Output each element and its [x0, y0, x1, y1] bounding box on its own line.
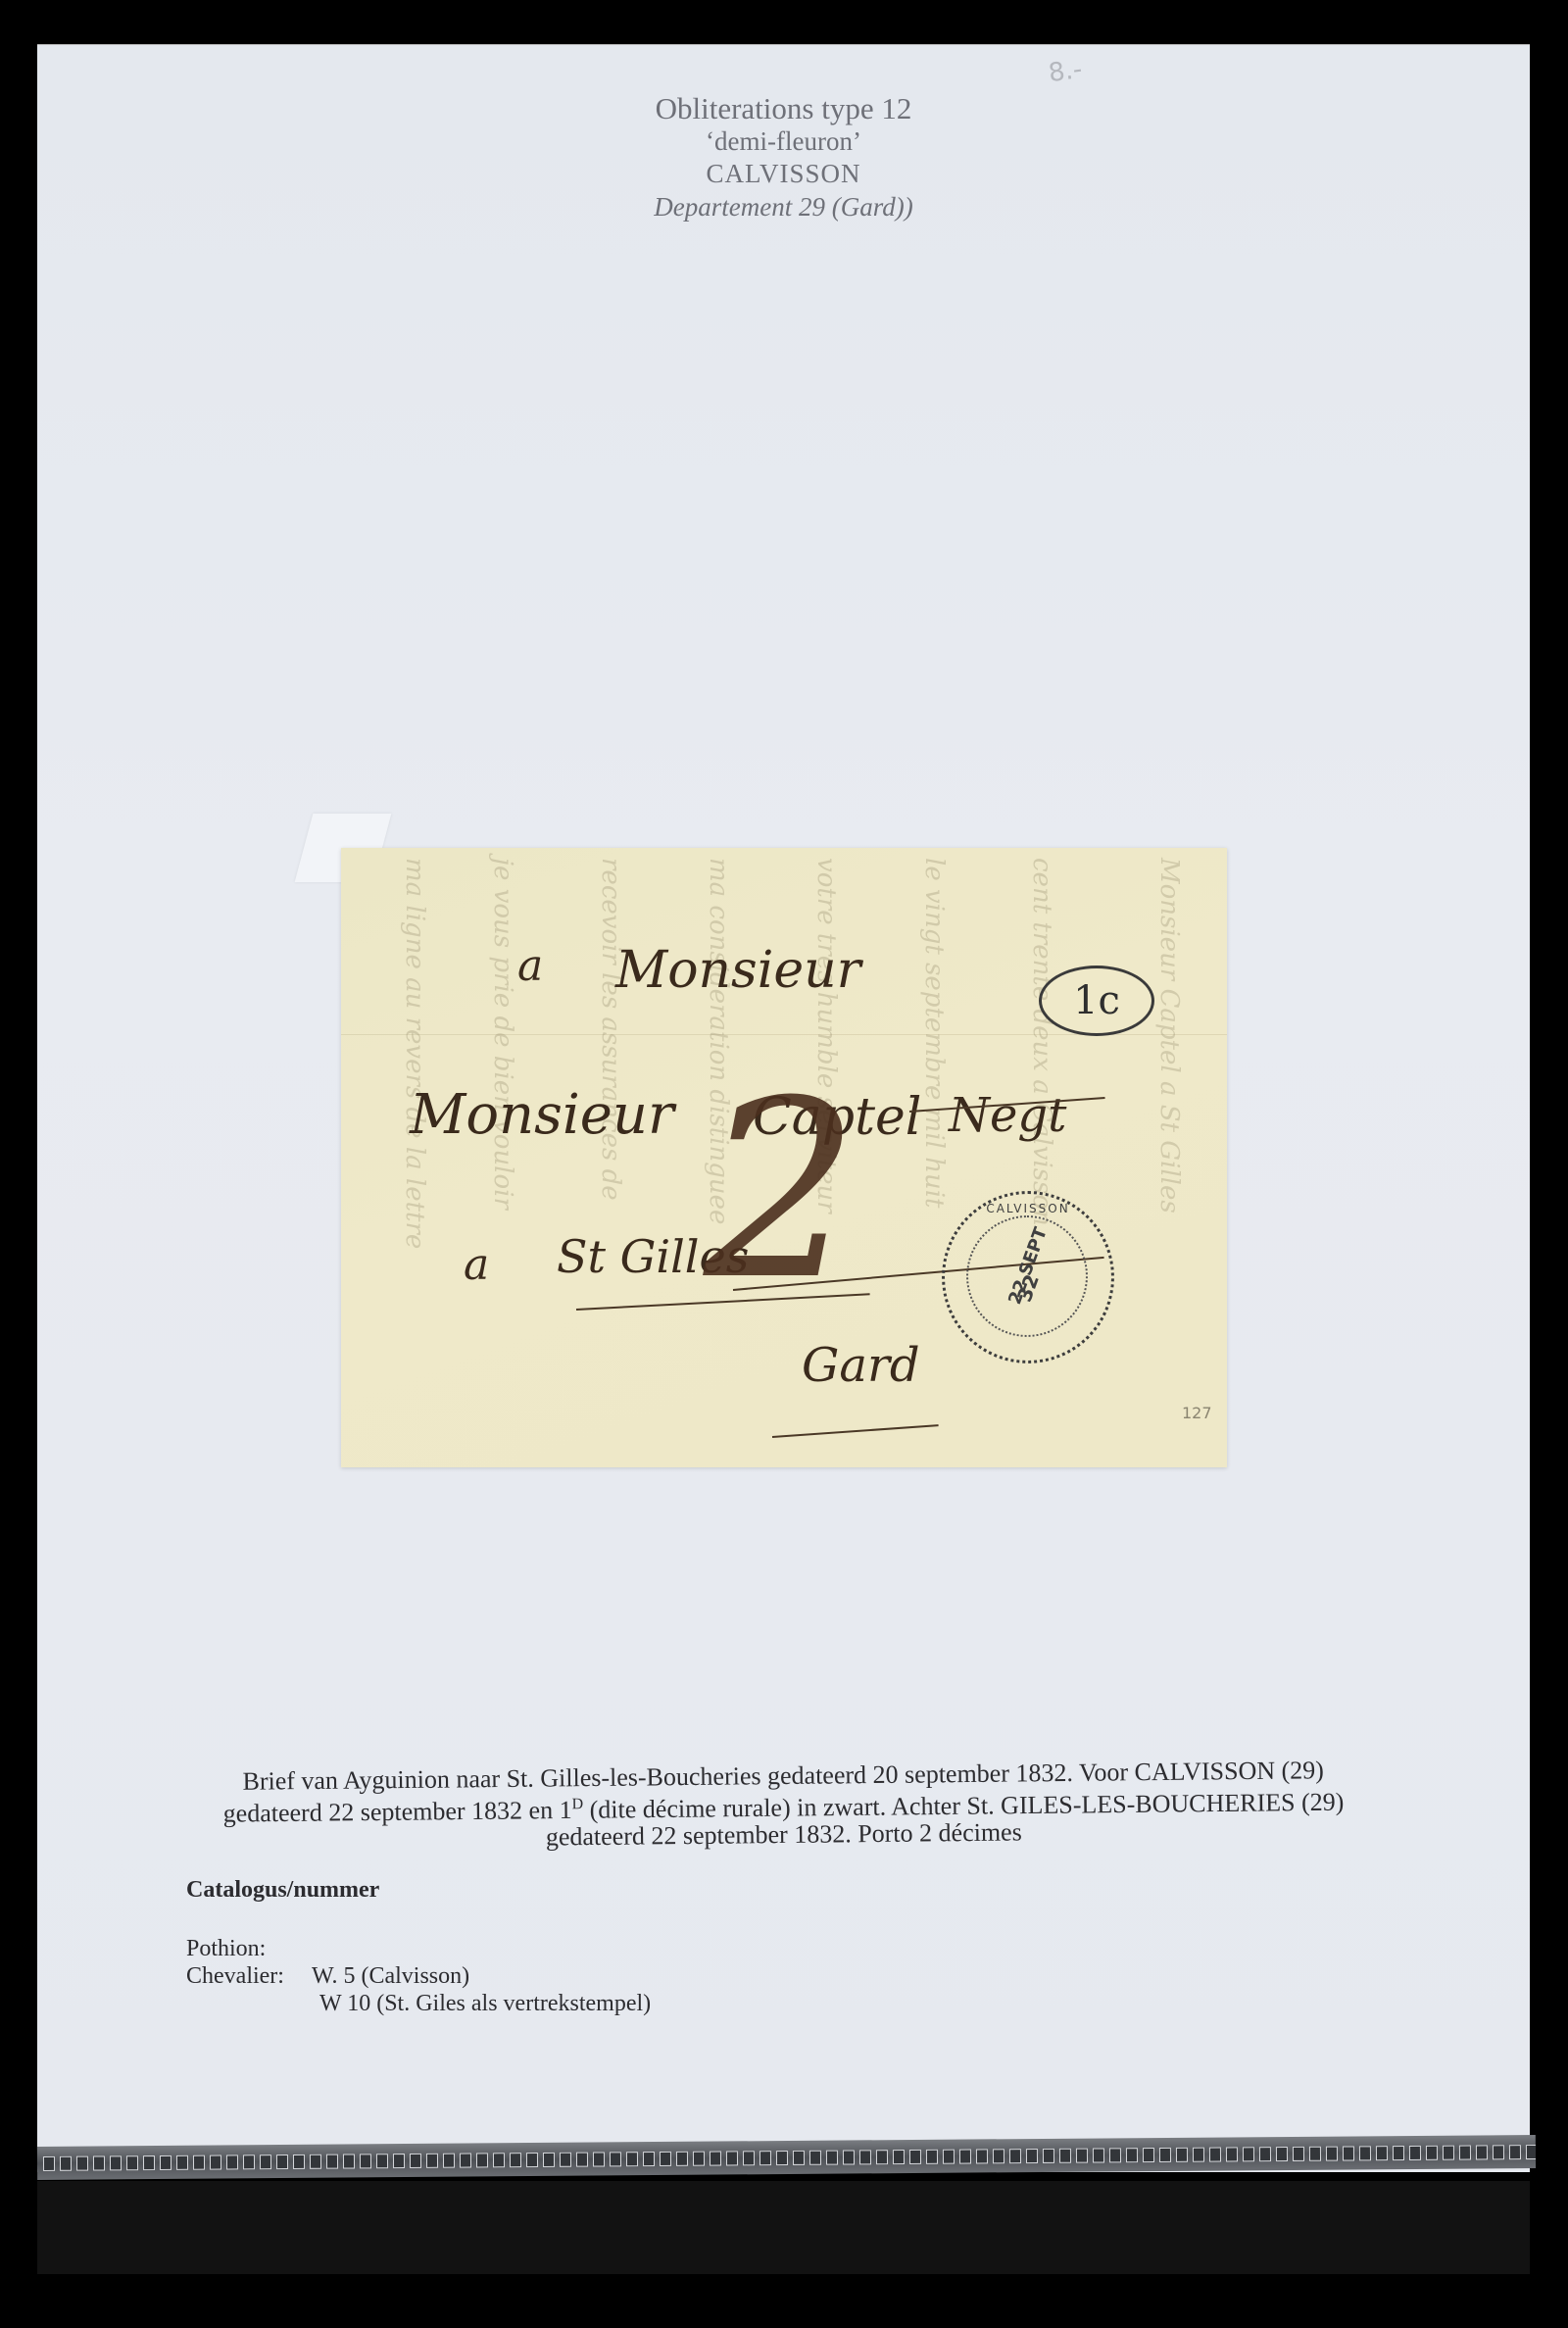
decime-value: 1c [1073, 978, 1120, 1023]
sleeve-perforation [1143, 2148, 1154, 2162]
sleeve-perforation [993, 2149, 1004, 2163]
sleeve-perforation [143, 2155, 155, 2170]
heading-title: Obliterations type 12 [37, 92, 1530, 125]
sleeve-perforation [310, 2154, 321, 2168]
show-through-text: Monsieur Captel a St Gilles [1154, 858, 1184, 1214]
chevalier-value-2: W 10 (St. Giles als vertrekstempel) [186, 1990, 651, 2017]
sleeve-perforation [110, 2155, 122, 2170]
address-monsieur-2: Monsieur [410, 1083, 674, 1147]
sleeve-perforation [1159, 2147, 1171, 2161]
ink-stroke [772, 1424, 939, 1438]
sleeve-perforation [593, 2152, 605, 2166]
sleeve-perforation [410, 2153, 421, 2167]
show-through-text: le vingt septembre mil huit [919, 858, 949, 1208]
desk-background [37, 2181, 1530, 2274]
sleeve-perforation [826, 2150, 838, 2164]
sleeve-perforation [626, 2152, 638, 2166]
sleeve-perforation [1026, 2148, 1038, 2162]
sleeve-perforation [859, 2150, 871, 2164]
sleeve-perforation [1043, 2148, 1054, 2162]
sleeve-perforation [1243, 2147, 1254, 2161]
sleeve-perforation [976, 2149, 988, 2163]
sleeve-perforation [543, 2152, 555, 2166]
sleeve-perforation [426, 2153, 438, 2167]
decime-rurale-stamp: 1c [1039, 966, 1154, 1036]
sleeve-perforation [1009, 2149, 1021, 2163]
sleeve-perforation [759, 2151, 771, 2165]
letter-mount: ma ligne au revers de la lettre je vous … [304, 774, 1235, 1480]
sleeve-perforation [1226, 2147, 1238, 2161]
sleeve-perforation [560, 2152, 571, 2166]
address-a-2: a [464, 1240, 489, 1290]
sleeve-perforation [293, 2154, 305, 2168]
sleeve-perforation [393, 2154, 405, 2168]
letter-caption: Brief van Ayguinion naar St. Gilles-les-… [37, 1755, 1531, 1856]
chevalier-value-1: W. 5 (Calvisson) [312, 1962, 469, 1990]
sleeve-perforation [1309, 2146, 1321, 2160]
sleeve-perforation [876, 2150, 888, 2164]
sleeve-perforation [1393, 2146, 1404, 2160]
sleeve-perforation [1343, 2146, 1354, 2160]
sleeve-perforation [460, 2153, 471, 2167]
sleeve-perforation [1126, 2148, 1138, 2162]
sleeve-perforation [1409, 2145, 1421, 2159]
address-title: Negt [949, 1088, 1066, 1143]
manuscript-tax-mark: 2 [704, 1068, 859, 1313]
sleeve-perforation [776, 2150, 788, 2164]
sleeve-perforation [76, 2155, 88, 2170]
heading-department: Departement 29 (Gard)) [37, 190, 1530, 223]
sleeve-perforation [443, 2153, 455, 2167]
sleeve-perforation [176, 2155, 188, 2169]
sleeve-perforation [726, 2151, 738, 2165]
sleeve-perforation [1326, 2146, 1338, 2160]
sleeve-perforation [660, 2151, 671, 2165]
sleeve-perforation [1376, 2146, 1388, 2160]
sleeve-perforation [493, 2153, 505, 2167]
sleeve-perforation [610, 2152, 621, 2166]
calvisson-postmark: CALVISSON 22 SEPT 32 [942, 1191, 1114, 1363]
sleeve-perforation [1476, 2145, 1488, 2159]
sleeve-perforation [710, 2151, 721, 2165]
sleeve-perforation [1526, 2144, 1536, 2158]
sleeve-perforation [343, 2154, 355, 2168]
sleeve-perforation [809, 2150, 821, 2164]
sleeve-perforation [1259, 2147, 1271, 2161]
sleeve-perforation [43, 2155, 55, 2170]
sleeve-perforation [126, 2155, 138, 2170]
catalog-row-chevalier: Chevalier: W. 5 (Calvisson) [186, 1962, 651, 1990]
catalog-section: Catalogus/nummer Pothion: Chevalier: W. … [186, 1876, 651, 2017]
sleeve-perforation [1443, 2145, 1454, 2159]
sleeve-perforation [1276, 2146, 1288, 2160]
address-monsieur: Monsieur [615, 941, 860, 1000]
pothion-label: Pothion: [186, 1935, 312, 1962]
sleeve-perforation [1509, 2145, 1521, 2159]
sleeve-perforation [276, 2154, 288, 2168]
sleeve-perforation [1193, 2147, 1204, 2161]
sleeve-perforation [843, 2150, 855, 2164]
caption-line-2-start: gedateerd 22 september 1832 en 1 [223, 1796, 572, 1828]
sleeve-perforation [893, 2150, 905, 2164]
sleeve-perforation [1076, 2148, 1088, 2162]
reference-note: 127 [1182, 1404, 1212, 1422]
sleeve-perforation [1176, 2147, 1188, 2161]
address-a: a [517, 941, 543, 991]
sleeve-perforation [743, 2151, 755, 2165]
sleeve-perforation [93, 2155, 105, 2170]
postmark-town: CALVISSON [986, 1202, 1069, 1215]
sleeve-perforation [1293, 2146, 1304, 2160]
sleeve-perforation [693, 2151, 705, 2165]
sleeve-perforation [676, 2151, 688, 2165]
sleeve-perforation [160, 2155, 171, 2169]
sleeve-perforation [226, 2155, 238, 2169]
sleeve-perforation [1493, 2145, 1504, 2159]
heading-town: CALVISSON [37, 158, 1530, 190]
sleeve-perforation [576, 2152, 588, 2166]
folded-letter: ma ligne au revers de la lettre je vous … [341, 848, 1227, 1467]
sleeve-perforation [943, 2149, 955, 2163]
address-department: Gard [802, 1338, 920, 1393]
chevalier-label: Chevalier: [186, 1962, 312, 1990]
sleeve-perforation [959, 2149, 971, 2163]
sleeve-perforation [243, 2155, 255, 2169]
sleeve-perforation [476, 2153, 488, 2167]
page-heading: Obliterations type 12 ‘demi-fleuron’ CAL… [37, 92, 1530, 223]
sleeve-perforation [1459, 2145, 1471, 2159]
show-through-text: recevoir les assurances de [596, 858, 625, 1201]
sleeve-perforation [793, 2150, 805, 2164]
sleeve-perforation [1359, 2146, 1371, 2160]
sleeve-perforation [510, 2153, 521, 2167]
caption-superscript: D [571, 1796, 583, 1812]
show-through-text: je vous prie de bien vouloir [488, 858, 517, 1210]
sleeve-perforation [1093, 2148, 1104, 2162]
sleeve-perforation [260, 2155, 271, 2169]
show-through-text: ma ligne au revers de la lettre [400, 858, 429, 1249]
sleeve-perforation [193, 2155, 205, 2169]
sleeve-perforation [1426, 2145, 1438, 2159]
sleeve-perforation [360, 2154, 371, 2168]
sleeve-perforation [1209, 2147, 1221, 2161]
sleeve-perforation [1109, 2148, 1121, 2162]
sleeve-perforation [926, 2149, 938, 2163]
sleeve-perforation [376, 2154, 388, 2168]
sleeve-perforation [326, 2154, 338, 2168]
pencil-price-annotation: 8.- [1047, 55, 1084, 88]
sleeve-perforation [526, 2152, 538, 2166]
show-through-text: cent trente deux a Calvisson [1027, 858, 1056, 1226]
sleeve-perforation [60, 2155, 72, 2170]
sleeve-perforation [643, 2152, 655, 2166]
catalog-title: Catalogus/nummer [186, 1876, 651, 1904]
catalog-row-pothion: Pothion: [186, 1935, 651, 1962]
sleeve-perforation [909, 2149, 921, 2163]
sleeve-perforation [210, 2155, 221, 2169]
heading-subtitle: ‘demi-fleuron’ [37, 125, 1530, 158]
sleeve-perforation [1059, 2148, 1071, 2162]
